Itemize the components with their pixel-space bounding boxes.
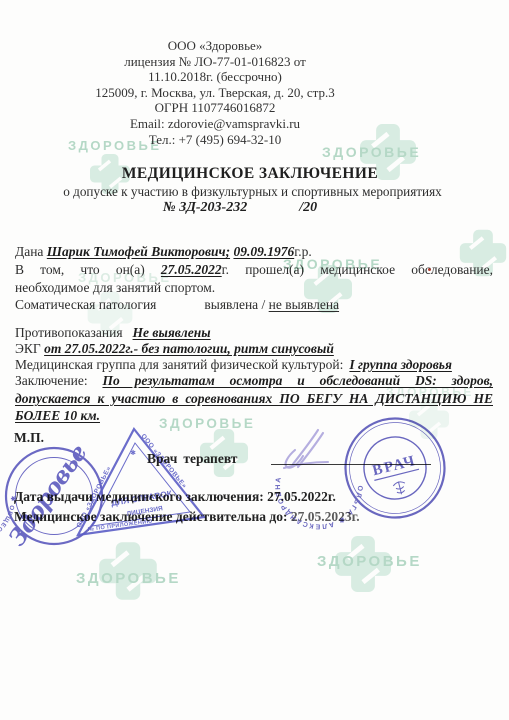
ecg-value: от 27.05.2022г.- без патологии, ритм син… [44,341,334,356]
clinic-address: 125009, г. Москва, ул. Тверская, д. 20, … [30,85,400,101]
clinic-license: лицензия № ЛО-77-01-016823 от [30,54,400,70]
conclusion-value: По результатам осмотра и обследований DS… [102,373,493,388]
exam-text-b: что он(а) [80,262,144,277]
ecg-label: ЭКГ [15,341,41,356]
svg-text:ООО «ЗДОРОВЬЕ»: ООО «ЗДОРОВЬЕ» [139,433,188,490]
svg-text:№ ПО ПРИЛОЖЕНИЮ: № ПО ПРИЛОЖЕНИЮ [87,519,153,533]
issued-to-label: Дана [15,244,43,259]
contraindications-line: ПротивопоказанияНе выявлены [15,325,493,341]
exam-text-f: обследование, [411,262,493,277]
clinic-name: ООО «Здоровье» [30,38,400,54]
clinic-header: ООО «Здоровье» лицензия № ЛО-77-01-01682… [30,38,400,147]
clinic-phone: Тел.: +7 (495) 694-32-10 [30,132,400,148]
exam-date-value: 27.05.2022 [161,262,222,277]
document-number-line: № ЗД-203-232/20 [0,200,480,216]
triangle-stamp: ООО «ЗДОРОВЬЕ» ООО «ЗДОРОВЬЕ» № ПО ПРИЛО… [76,429,204,535]
exam-text-e: медицинское [320,262,395,277]
somatic-line: Соматическая патологиявыявлена / не выяв… [15,297,493,313]
birth-date-suffix: г.р. [294,244,312,259]
sport-purpose-line: необходимое для занятий спортом. [15,280,493,296]
clinic-license-date: 11.10.2018г. (бессрочно) [30,69,400,85]
doctor-round-stamp: ОЛЬГА ✱ АЛЕКСАНДРОВНА ВРАЧ [265,408,455,546]
contraindications-value: Не выявлены [133,325,211,340]
doctor-signature [284,430,328,468]
medical-certificate-page: ЗДОРОВЬЕ ЗДОРОВЬЕ ЗДОРОВЬЕ ЗДОРОВЬЕ ЗДОР… [0,0,509,720]
exam-text-a: В том, [15,262,64,277]
contraindications-label: Противопоказания [15,325,123,340]
document-subtitle: о допуске к участию в физкультурных и сп… [0,184,505,200]
sport-purpose-text: необходимое для занятий спортом. [15,280,215,295]
examination-line: В том, что он(а) 27.05.2022г. прошел(а) … [15,262,493,278]
document-number-suffix: /20 [299,200,317,215]
document-number: № ЗД-203-232 [163,200,247,215]
triangle-stamp-right-text: ООО «ЗДОРОВЬЕ» [139,433,188,490]
exam-text-c: г. [222,262,229,277]
triangle-stamp-bottom-text: № ПО ПРИЛОЖЕНИЮ [87,519,153,533]
medical-group-line: Медицинская группа для занятий физическо… [15,357,493,373]
triangle-stamp-inner-text-2: ЛИЦЕНЗИЯ [126,505,163,518]
conclusion-label: Заключение: [15,373,88,388]
medical-group-value: I группа здоровья [349,357,452,372]
patient-name-value: Шарик Тимофей Викторович; [47,244,230,259]
medical-group-label: Медицинская группа для занятий физическо… [15,357,343,372]
patient-line: Дана Шарик Тимофей Викторович; 09.09.197… [15,244,493,260]
somatic-option-not-found: не выявлена [269,297,339,312]
clinic-ogrn: ОГРН 1107746016872 [30,100,400,116]
ecg-line: ЭКГ от 27.05.2022г.- без патологии, ритм… [15,341,493,357]
conclusion-line: Заключение: По результатам осмотра и обс… [15,373,493,389]
somatic-option-found: выявлена / [204,297,265,312]
somatic-label: Соматическая патология [15,297,156,312]
caduceus-icon [393,480,408,496]
triangle-stamp-asterisk: ✱ [130,449,136,457]
exam-text-d: прошел(а) [245,262,304,277]
triangle-stamp-inner-text-1: ДЛЯ СПРАВОК [110,488,173,508]
document-title: МЕДИЦИНСКОЕ ЗАКЛЮЧЕНИЕ [0,165,500,183]
birth-date-value: 09.09.1976 [233,244,294,259]
stamps-overlay: ✱ ОБЩЕСТВО С ОГРАНИЧЕННОЙ ОТВЕТСТВЕННОСТ… [0,400,509,630]
clinic-email: Email: zdorovie@vamspravki.ru [30,116,400,132]
